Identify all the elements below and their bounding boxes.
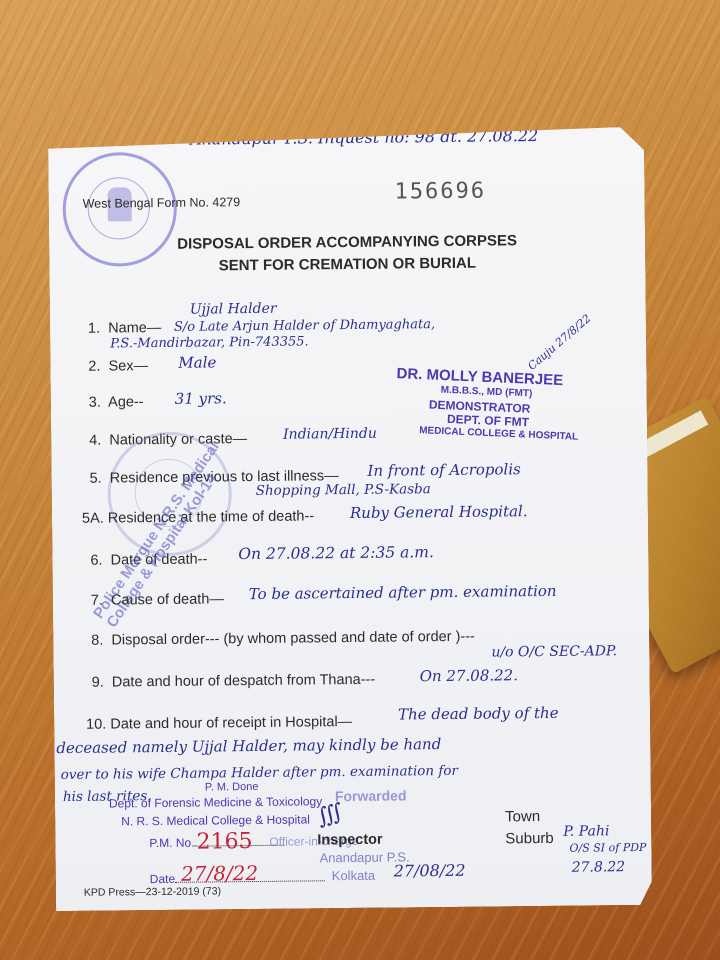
field-cause-value: To be ascertained after pm. examination <box>249 582 557 603</box>
field-receipt-value-3: over to his wife Champa Halder after pm.… <box>61 763 458 783</box>
pm-date-field: Date27/8/22 <box>150 870 325 886</box>
pm-done-stamp: P. M. Done <box>205 781 259 794</box>
field-age-value: 31 yrs. <box>175 389 227 408</box>
field-nationality-value: Indian/Hindu <box>283 426 377 443</box>
suburb-officer-note: O/S SI of PDP <box>569 841 646 855</box>
field-despatch-value: On 27.08.22. <box>420 666 518 685</box>
field-name-label: 1. Name— <box>88 320 162 337</box>
city-stamp: Kolkata <box>332 868 376 883</box>
suburb-signature: P. Pahi <box>563 823 609 839</box>
suburb-date: 27.8.22 <box>572 859 626 876</box>
field-disposal-label: 8. Disposal order--- (by whom passed and… <box>91 629 475 649</box>
field-receipt-label: 10. Date and hour of receipt in Hospital… <box>86 714 352 733</box>
forensic-dept-stamp: Dept. of Forensic Medicine & Toxicology <box>109 794 322 810</box>
field-residence-prev-value: In front of Acropolis <box>367 460 520 480</box>
field-sex-label: 2. Sex— <box>88 358 148 375</box>
inspector-date: 27/08/22 <box>394 861 466 881</box>
town-label: Town <box>505 808 540 825</box>
press-line: KPD Press—23-12-2019 (73) <box>84 885 221 898</box>
field-disposal-value: u/o O/C SEC-ADP. <box>491 643 617 660</box>
field-date-death-value: On 27.08.22 at 2:35 a.m. <box>238 543 434 563</box>
pm-date-value: 27/8/22 <box>181 861 258 886</box>
serial-number: 156696 <box>394 179 486 205</box>
initials-signature: Cauju 27/8/22 <box>525 312 593 373</box>
field-name-value: Ujjal Halder <box>190 301 277 318</box>
field-receipt-value-2: deceased namely Ujjal Halder, may kindly… <box>56 735 441 757</box>
inspector-label: Inspector <box>317 832 382 849</box>
inquest-note: Anandapur P.S. Inquest no: 98 dt. 27.08.… <box>190 126 538 149</box>
forwarded-stamp: Forwarded <box>335 787 407 804</box>
form-number: West Bengal Form No. 4279 <box>83 195 241 211</box>
college-stamp: N. R. S. Medical College & Hospital <box>121 812 310 828</box>
pm-number-field: P.M. No.2165 <box>149 835 284 850</box>
field-sex-value: Male <box>178 353 216 371</box>
field-age-label: 3. Age-- <box>89 394 144 411</box>
field-residence-death-value: Ruby General Hospital. <box>350 502 528 522</box>
field-receipt-value-1: The dead body of the <box>398 704 559 724</box>
doctor-stamp-institution: MEDICAL COLLEGE & HOSPITAL <box>419 425 578 443</box>
field-despatch-label: 9. Date and hour of despatch from Thana-… <box>92 672 376 691</box>
suburb-label: Suburb <box>505 830 554 848</box>
field-name-parent: S/o Late Arjun Halder of Dhamyaghata, <box>174 317 435 335</box>
field-residence-prev-value-2: Shopping Mall, P.S-Kasba <box>256 481 431 499</box>
pm-number-value: 2165 <box>196 829 252 855</box>
disposal-order-form: Anandapur P.S. Inquest no: 98 dt. 27.08.… <box>48 127 652 911</box>
field-cause-label: 7. Cause of death— <box>91 591 224 608</box>
field-name-address: P.S.-Mandirbazar, Pin-743355. <box>110 334 309 351</box>
